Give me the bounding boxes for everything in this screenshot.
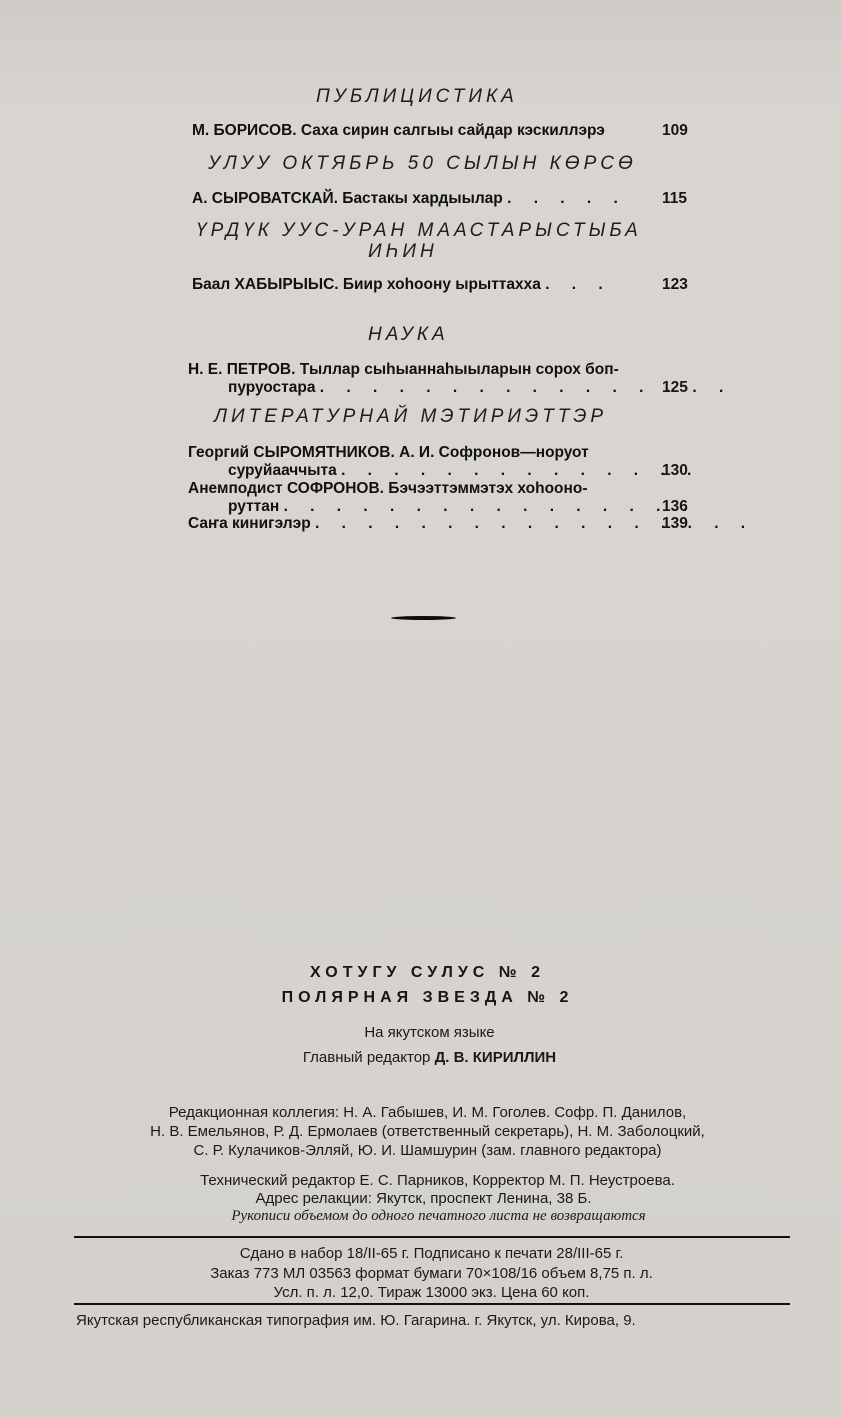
entry-page-number: 130 <box>662 462 688 480</box>
leader-dots: . . . . . . . . . . . . . . <box>341 462 700 479</box>
entry-author: А. СЫРОВАТСКАЙ. <box>192 190 338 207</box>
section-heading-mastery: ҮРДҮК УУС-УРАН МААСТАРЫСТЫБА <box>196 220 642 242</box>
entry-title: Саха сирин салгыы сайдар кэскиллэрэ <box>301 122 605 139</box>
entry-title: Тыллар сыһыаннаһыыларын сорох боп- <box>300 361 619 378</box>
entry-title: Биир хоһоону ырыттахха <box>343 276 541 293</box>
printer-line: Якутская республиканская типография им. … <box>76 1312 636 1329</box>
editorial-board-line-3: С. Р. Кулачиков-Элляй, Ю. И. Шамшурин (з… <box>0 1142 841 1159</box>
entry-page-number: 136 <box>662 498 688 516</box>
leader-dots: . . . . . <box>507 190 627 207</box>
chief-editor-name: Д. В. КИРИЛЛИН <box>435 1049 557 1066</box>
section-heading-mastery-cont: ИҺИН <box>368 241 438 263</box>
entry-author: М. БОРИСОВ. <box>192 122 297 139</box>
toc-entry: Н. Е. ПЕТРОВ. Тыллар сыһыаннаһыыларын со… <box>188 361 619 379</box>
entry-author: Георгий СЫРОМЯТНИКОВ. <box>188 444 395 461</box>
chief-editor-line: Главный редактор Д. В. КИРИЛЛИН <box>0 1049 841 1066</box>
technical-editor-line: Технический редактор Е. С. Парников, Кор… <box>0 1172 841 1189</box>
entry-page-number: 125 <box>662 379 688 397</box>
divider-rule <box>74 1303 790 1305</box>
journal-title-yakut: ХОТУГУ СУЛУС № 2 <box>0 964 841 982</box>
journal-title-russian: ПОЛЯРНАЯ ЗВЕЗДА № 2 <box>0 989 841 1007</box>
entry-title: А. И. Софронов—норуот <box>399 444 589 461</box>
print-info-line-3: Усл. п. л. 12,0. Тираж 13000 экз. Цена 6… <box>0 1284 841 1301</box>
chief-editor-label: Главный редактор <box>303 1049 431 1066</box>
leader-dots: . . . . . . . . . . . . . . . . <box>284 498 697 515</box>
entry-page-number: 123 <box>662 276 688 294</box>
decorative-rule <box>391 616 456 620</box>
entry-title: Бастакы хардыылар <box>342 190 502 207</box>
book-page: ПУБЛИЦИСТИКА М. БОРИСОВ. Саха сирин салг… <box>0 0 841 1417</box>
language-note: На якутском языке <box>0 1024 841 1041</box>
entry-author: Баал ХАБЫРЫЫС. <box>192 276 339 293</box>
toc-entry-cont: суруйааччыта . . . . . . . . . . . . . . <box>228 462 700 480</box>
print-info-line-1: Сдано в набор 18/II-65 г. Подписано к пе… <box>0 1245 841 1262</box>
toc-entry-cont: руттан . . . . . . . . . . . . . . . . <box>228 498 696 516</box>
section-heading-publicistics: ПУБЛИЦИСТИКА <box>316 86 518 108</box>
leader-dots: . . . <box>545 276 612 293</box>
toc-entry: А. СЫРОВАТСКАЙ. Бастакы хардыылар . . . … <box>192 190 627 208</box>
entry-title: Бэчээттэммэтэх хоһооно- <box>388 480 587 497</box>
entry-page-number: 139 <box>662 515 688 533</box>
leader-dots: . . . . . . . . . . . . . . . . . <box>315 515 754 532</box>
toc-entry: М. БОРИСОВ. Саха сирин салгыы сайдар кэс… <box>192 122 605 140</box>
toc-entry: Георгий СЫРОМЯТНИКОВ. А. И. Софронов—нор… <box>188 444 589 462</box>
entry-page-number: 109 <box>662 122 688 140</box>
entry-title-cont: суруйааччыта <box>228 462 337 479</box>
editorial-board-line-1: Редакционная коллегия: Н. А. Габышев, И.… <box>0 1104 841 1121</box>
entry-author: Н. Е. ПЕТРОВ. <box>188 361 295 378</box>
address-line: Адрес релакции: Якутск, проспект Ленина,… <box>0 1190 841 1207</box>
section-heading-october: УЛУУ ОКТЯБРЬ 50 СЫЛЫН КӨРСӨ <box>208 153 637 175</box>
print-info-line-2: Заказ 773 МЛ 03563 формат бумаги 70×108/… <box>0 1265 841 1282</box>
divider-rule <box>74 1236 790 1238</box>
section-heading-science: НАУКА <box>368 324 449 346</box>
manuscripts-note: Рукописи объемом до одного печатного лис… <box>0 1208 841 1225</box>
entry-title-cont: пуруостара <box>228 379 315 396</box>
entry-page-number: 115 <box>662 190 687 208</box>
entry-author: Анемподист СОФРОНОВ. <box>188 480 384 497</box>
section-heading-literary-portraits: ЛИТЕРАТУРНАЙ МЭТИРИЭТТЭР <box>214 406 607 428</box>
entry-title: Саҥа кинигэлэр <box>188 515 311 532</box>
editorial-board-line-2: Н. В. Емельянов, Р. Д. Ермолаев (ответст… <box>0 1123 841 1140</box>
toc-entry: Баал ХАБЫРЫЫС. Биир хоһоону ырыттахха . … <box>192 276 612 294</box>
toc-entry-cont: пуруостара . . . . . . . . . . . . . . .… <box>228 379 732 397</box>
entry-title-cont: руттан <box>228 498 279 515</box>
toc-entry: Анемподист СОФРОНОВ. Бэчээттэммэтэх хоһо… <box>188 480 588 498</box>
